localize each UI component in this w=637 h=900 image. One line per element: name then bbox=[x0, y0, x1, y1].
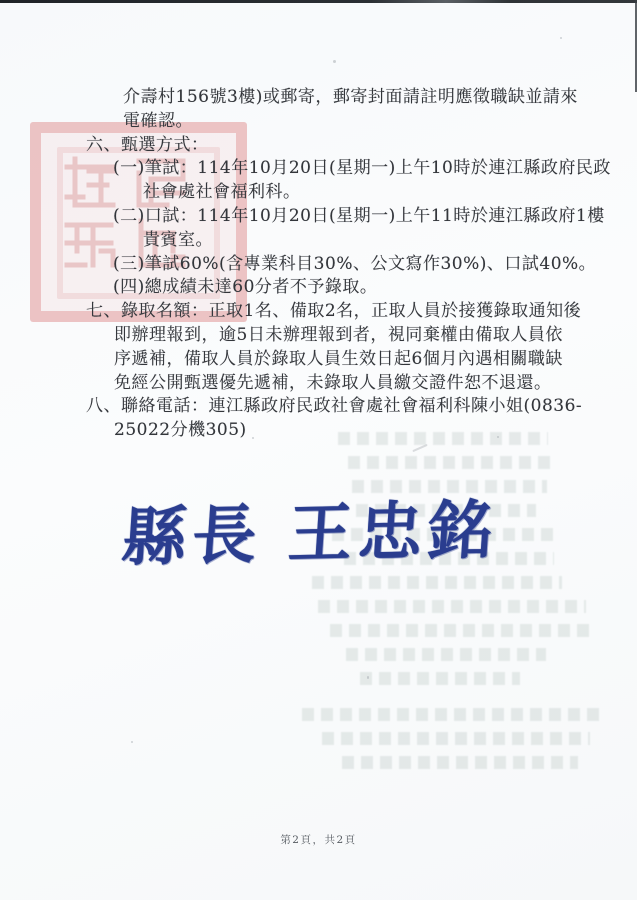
document-line: 社會處社會福利科。 bbox=[143, 181, 637, 205]
signature-name: 王忠銘 bbox=[286, 493, 501, 573]
document-line: 八、聯絡電話：連江縣政府民政社會處社會福利科陳小姐(0836- bbox=[86, 395, 637, 419]
dust-speck bbox=[367, 676, 369, 679]
scanned-document-page: 介壽村156號3樓)或郵寄，郵寄封面請註明應徵職缺並請來電確認。六、甄選方式：(… bbox=[0, 0, 637, 900]
document-line: (三)筆試60%(含專業科目30%、公文寫作30%)、口試40%。 bbox=[113, 253, 637, 277]
document-body: 介壽村156號3樓)或郵寄，郵寄封面請註明應徵職缺並請來電確認。六、甄選方式：(… bbox=[0, 86, 637, 443]
bleed-through-row bbox=[348, 456, 553, 469]
document-line: 貴賓室。 bbox=[143, 229, 637, 253]
document-line: 即辦理報到，逾5日未辦理報到者，視同棄權由備取人員依 bbox=[114, 324, 637, 348]
document-line: 25022分機305) bbox=[114, 419, 637, 443]
document-line: (二)口試：114年10月20日(星期一)上午11時於連江縣政府1樓 bbox=[113, 205, 637, 229]
dust-speck bbox=[333, 60, 336, 63]
bleed-through-row bbox=[322, 732, 590, 745]
bleed-through-row bbox=[330, 624, 592, 637]
document-line: 七、錄取名額：正取1名、備取2名，正取人員於接獲錄取通知後 bbox=[86, 300, 637, 324]
bleed-through-row bbox=[360, 672, 520, 685]
dust-speck bbox=[497, 436, 499, 438]
bleed-through-row bbox=[302, 708, 602, 721]
document-line: (一)筆試：114年10月20日(星期一)上午10時於連江縣政府民政 bbox=[113, 157, 637, 181]
bleed-through-row bbox=[342, 756, 578, 769]
document-line: 電確認。 bbox=[123, 110, 637, 134]
dust-speck bbox=[252, 437, 254, 439]
dust-speck bbox=[131, 741, 133, 743]
scan-scratch bbox=[412, 444, 427, 452]
scan-edge-top bbox=[0, 0, 637, 3]
page-number-footer: 第2頁，共2頁 bbox=[0, 832, 637, 847]
document-line: (四)總成績未達60分者不予錄取。 bbox=[113, 276, 637, 300]
document-line: 免經公開甄選優先遞補，未錄取人員繳交證件恕不退還。 bbox=[114, 372, 637, 396]
bleed-through-row bbox=[318, 600, 586, 613]
document-line: 六、甄選方式： bbox=[86, 134, 637, 158]
dust-speck bbox=[560, 37, 562, 39]
magistrate-signature: 縣長王忠銘 bbox=[118, 477, 565, 596]
signature-title: 縣長 bbox=[120, 498, 265, 576]
bleed-through-row bbox=[346, 648, 546, 661]
document-line: 序遞補，備取人員於錄取人員生效日起6個月內遇相關職缺 bbox=[114, 348, 637, 372]
document-line: 介壽村156號3樓)或郵寄，郵寄封面請註明應徵職缺並請來 bbox=[123, 86, 637, 110]
